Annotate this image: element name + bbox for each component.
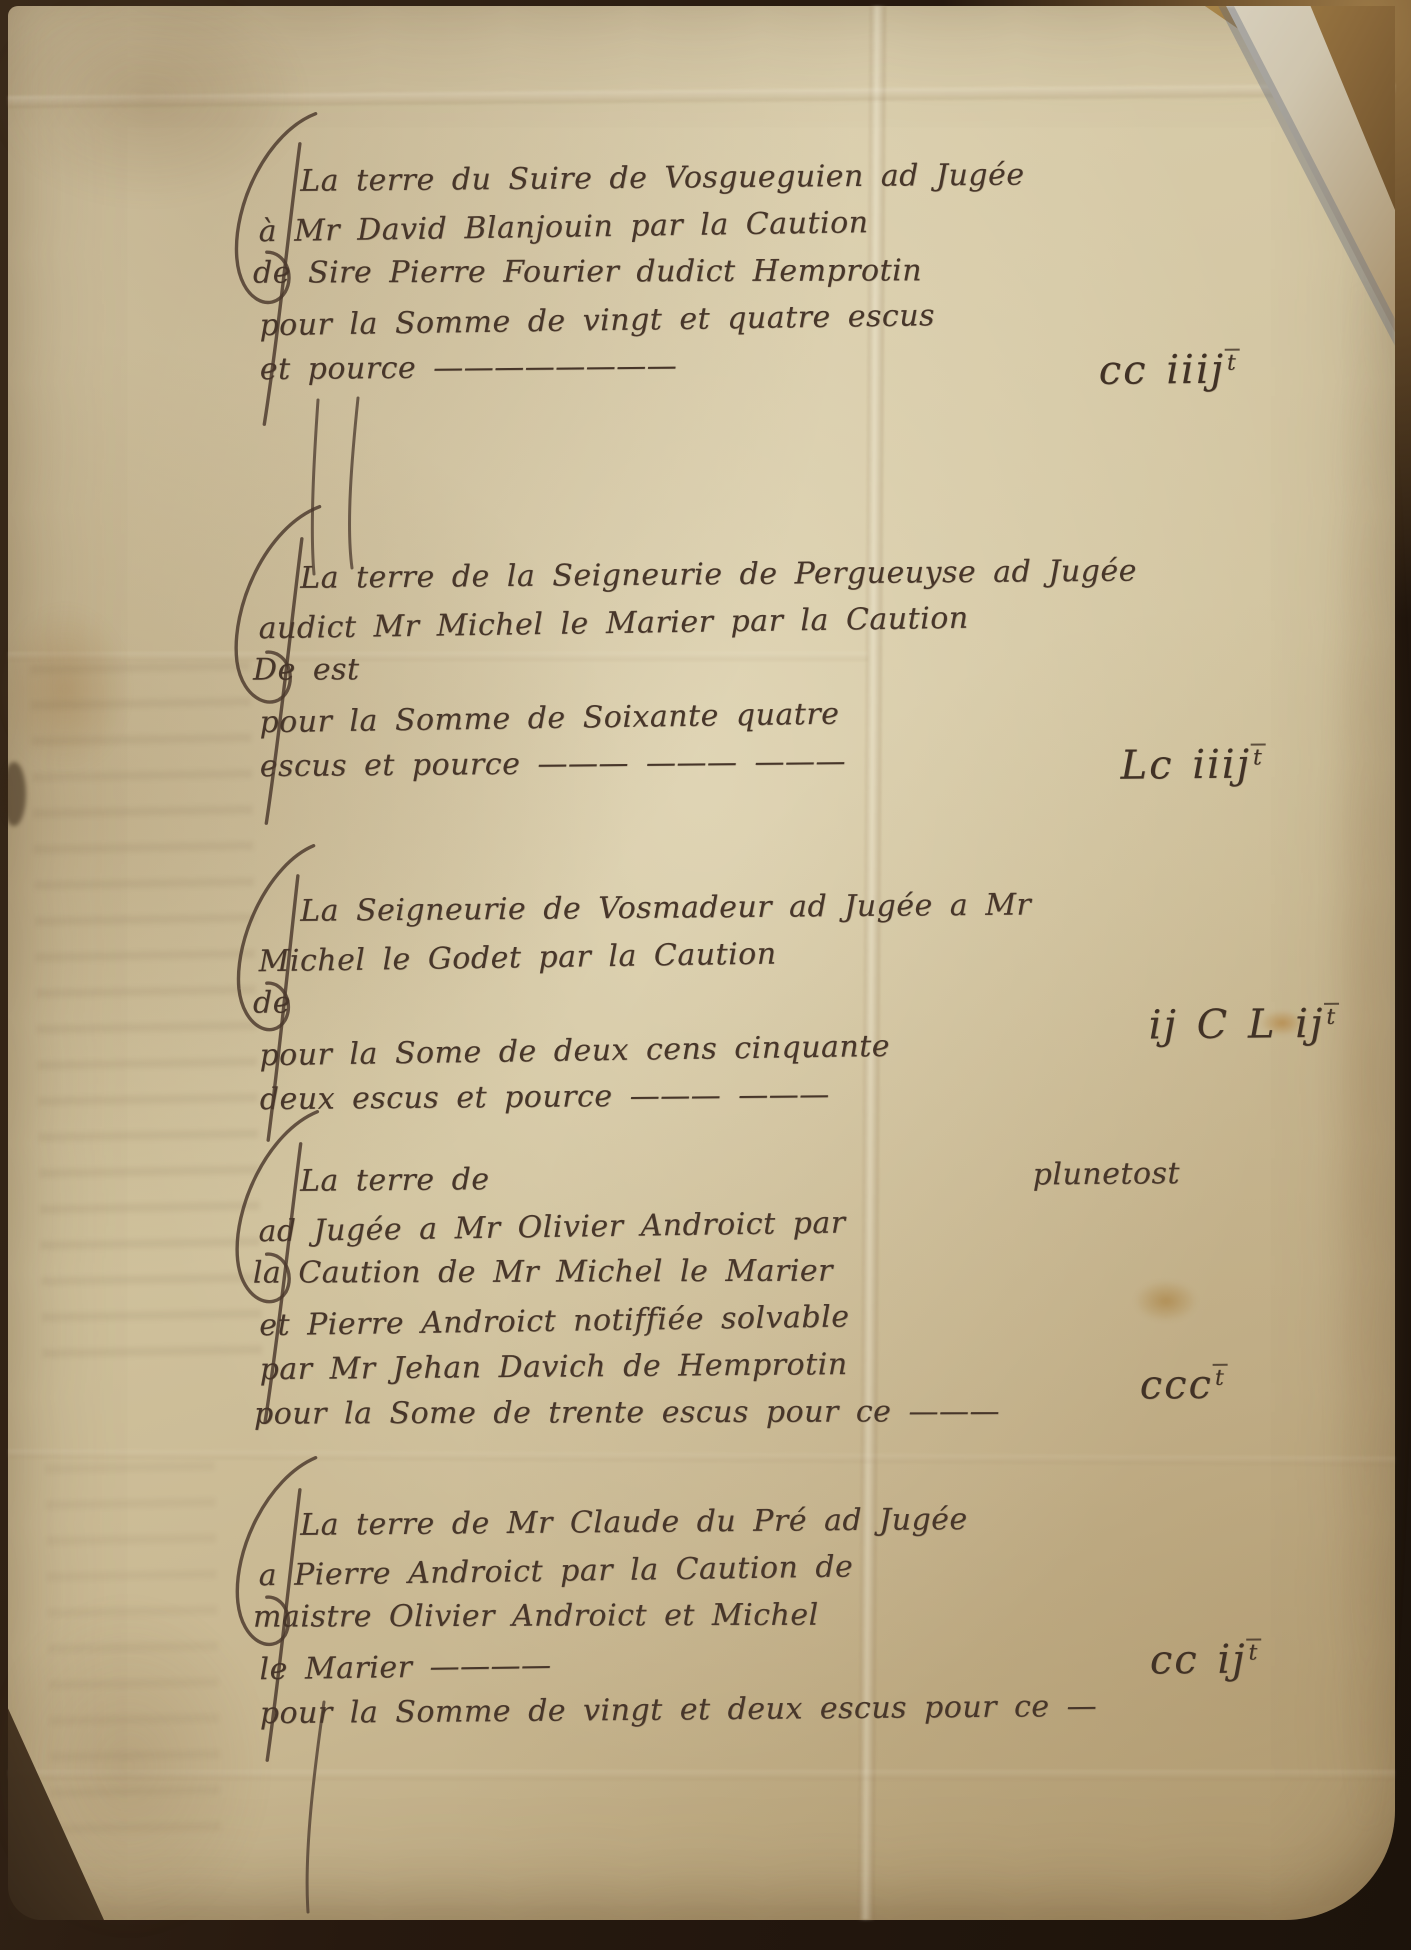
verso-bleedthrough (44, 1435, 221, 1858)
amount-unit: t (1225, 348, 1240, 375)
margin-amount: cc ijt (1150, 1636, 1262, 1690)
descender-stroke (290, 1702, 340, 1917)
margin-amount: ij C L ijt (1148, 1001, 1339, 1056)
ledger-entry: La terre deplunetostad Jugée a Mr Olivie… (232, 1150, 1254, 1441)
amount-value: Lc iiij (1120, 742, 1251, 789)
ledger-entry: La terre de la Seigneurie de Pergueuyse … (232, 547, 1254, 791)
entry-lines: La terre de Mr Claude du Pré ad Jugéea P… (232, 1494, 1254, 1738)
entry-lines: La terre deplunetostad Jugée a Mr Olivie… (232, 1150, 1254, 1441)
amount-unit: t (1213, 1364, 1228, 1391)
photo-background: La terre du Suire de Vosgueguien ad Jugé… (0, 0, 1411, 1950)
ledger-entry: La Seigneurie de Vosmadeur ad Jugée a Mr… (232, 880, 1254, 1124)
ledger-entry: La terre de Mr Claude du Pré ad Jugéea P… (232, 1494, 1254, 1738)
manuscript-page: La terre du Suire de Vosgueguien ad Jugé… (8, 6, 1395, 1920)
amount-unit: t (1246, 1638, 1261, 1665)
torn-corner-bottom-left (8, 1690, 104, 1920)
horizontal-crease (8, 1770, 1395, 1780)
entry-lines: La terre de la Seigneurie de Pergueuyse … (232, 547, 1254, 791)
ledger-entry: La terre du Suire de Vosgueguien ad Jugé… (232, 150, 1254, 394)
amount-unit: t (1251, 743, 1266, 770)
folded-corner-top-right (1131, 6, 1395, 346)
margin-amount: cc iiijt (1099, 347, 1241, 401)
amount-unit: t (1324, 1003, 1339, 1030)
edge-notch (2, 762, 26, 826)
amount-value: cc ij (1150, 1637, 1247, 1684)
margin-amount: ccct (1140, 1362, 1229, 1416)
margin-amount: Lc iiijt (1120, 741, 1266, 795)
amount-value: ccc (1140, 1362, 1214, 1409)
manuscript-line: pour la Some de trente escus pour ce ——— (254, 1387, 1254, 1437)
entry-lines: La Seigneurie de Vosmadeur ad Jugée a Mr… (232, 880, 1254, 1124)
paper-stain (1326, 286, 1406, 1826)
amount-value: ij C L ij (1148, 1001, 1324, 1049)
amount-value: cc iiij (1099, 347, 1226, 394)
paper-stain (0, 604, 130, 774)
manuscript-line-right: plunetost (1032, 1150, 1180, 1198)
